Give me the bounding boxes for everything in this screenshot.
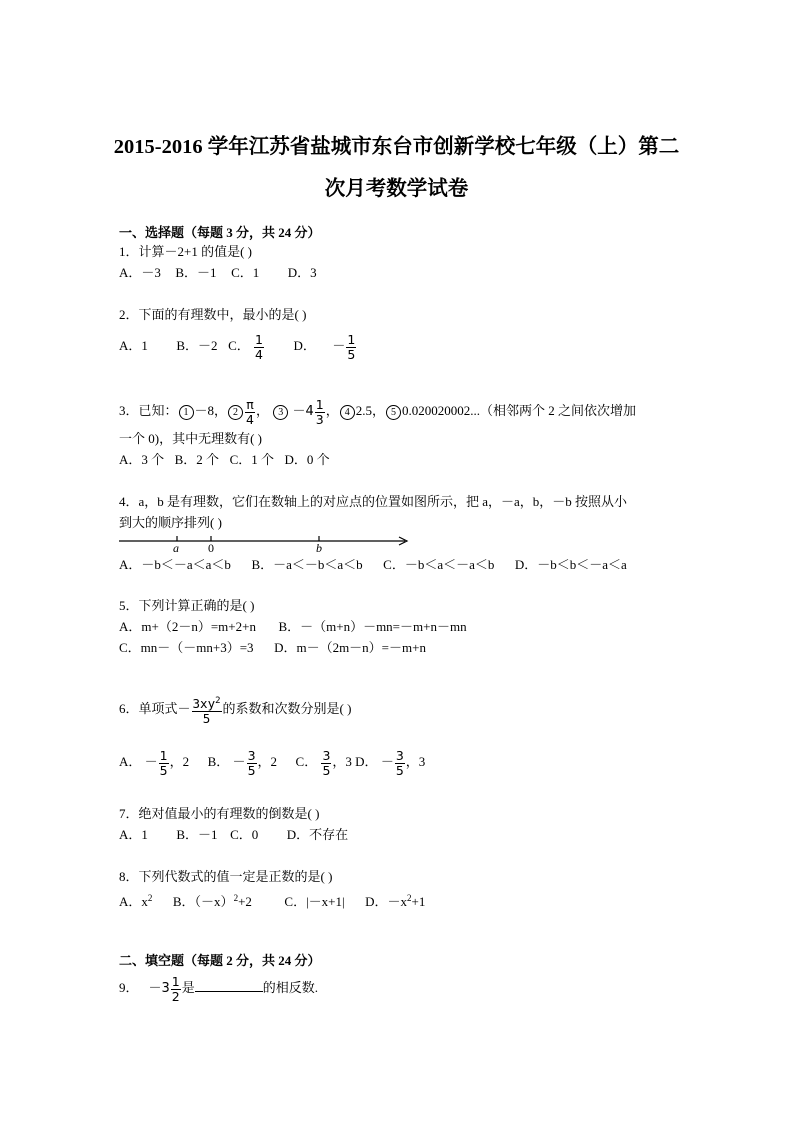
option-b: B．－2	[176, 338, 217, 353]
option-b: B．2 个	[175, 452, 219, 467]
option-a: A．3 个	[119, 452, 164, 467]
document-title-line2: 次月考数学试卷	[0, 171, 793, 201]
question-2-options: A．1 B．－2 C． 14 D． －15	[119, 330, 357, 363]
question-4-stem-line1: 4．a，b 是有理数，它们在数轴上的对应点的位置如图所示，把 a，－a，b，－b…	[119, 493, 627, 511]
option-a: A．－b＜－a＜a＜b	[119, 557, 231, 572]
number-line-label-a: a	[173, 541, 179, 556]
option-c: C．1	[231, 265, 259, 280]
option-a: A．1	[119, 827, 148, 842]
option-d: D． －35，3	[355, 754, 425, 769]
question-7-options: A．1 B．－1 C．0 D．不存在	[119, 826, 348, 844]
question-8-stem: 8．下列代数式的值一定是正数的是( )	[119, 868, 332, 886]
circled-number-icon: 1	[179, 405, 194, 420]
option-d: D．－b＜b＜－a＜a	[515, 557, 627, 572]
question-2-stem: 2．下面的有理数中，最小的是( )	[119, 306, 306, 324]
question-8-options: A．x2 B．（－x）2+2 C．|－x+1| D．－x2+1	[119, 889, 425, 911]
question-4-stem-line2: 到大的顺序排列( )	[119, 514, 222, 532]
fraction: 15	[346, 333, 356, 362]
monomial-fraction: 3xy25	[192, 694, 222, 726]
question-1-stem: 1．计算－2+1 的值是( )	[119, 243, 252, 261]
option-b: B．－1	[175, 265, 216, 280]
option-c: C．|－x+1|	[284, 894, 344, 909]
option-c: C． 35，3	[296, 754, 352, 769]
option-d: D．m－（2m－n）=－m+n	[274, 640, 426, 655]
question-6-options: A． －15，2 B． －35，2 C． 35，3 D． －35，3	[119, 744, 425, 780]
section-heading-choice: 一、选择题（每题 3 分，共 24 分）	[119, 222, 321, 241]
number-line-diagram	[119, 533, 419, 555]
number-line-label-b: b	[316, 541, 322, 556]
circled-number-icon: 5	[386, 405, 401, 420]
option-a: A． －15，2	[119, 754, 189, 769]
question-1-options: A．－3 B．－1 C．1 D．3	[119, 264, 317, 282]
option-a: A．m+（2－n）=m+2+n	[119, 619, 256, 634]
option-a: A．1	[119, 338, 148, 353]
circled-number-icon: 4	[340, 405, 355, 420]
option-d: D．3	[288, 265, 317, 280]
fraction: 12	[171, 975, 181, 1004]
option-b: B．－a＜－b＜a＜b	[251, 557, 362, 572]
question-5-options-row2: C．mn－（－mn+3）=3 D．m－（2m－n）=－m+n	[119, 639, 426, 657]
fraction: 14	[254, 333, 264, 362]
option-a: A．－3	[119, 265, 161, 280]
number-line-label-zero: 0	[208, 541, 214, 556]
fraction: π4	[245, 398, 255, 427]
option-b: B．－（m+n）－mn=－m+n－mn	[278, 619, 466, 634]
option-c: C．1 个	[230, 452, 274, 467]
option-d: D．不存在	[287, 827, 348, 842]
answer-blank[interactable]	[195, 977, 263, 992]
option-c: C．－b＜a＜－a＜b	[383, 557, 494, 572]
question-7-stem: 7．绝对值最小的有理数的倒数是( )	[119, 805, 319, 823]
option-d: D．－x2+1	[365, 894, 425, 909]
question-5-stem: 5．下列计算正确的是( )	[119, 597, 254, 615]
option-b: B． －35，2	[208, 754, 277, 769]
option-c-label: C．	[228, 338, 250, 353]
circled-number-icon: 3	[273, 405, 288, 420]
document-title-line1: 2015-2016 学年江苏省盐城市东台市创新学校七年级（上）第二	[0, 129, 793, 159]
section-heading-fill-blank: 二、填空题（每题 2 分，共 24 分）	[119, 950, 321, 969]
option-d: D．0 个	[284, 452, 329, 467]
question-3-stem-line1: 3．已知：1－8，2π4， 3 －413，42.5，50.020020002..…	[119, 394, 636, 429]
option-a: A．x2	[119, 894, 152, 909]
option-c: C．mn－（－mn+3）=3	[119, 640, 254, 655]
question-9-stem: 9．－312是的相反数.	[119, 970, 318, 1007]
question-6-stem: 6．单项式－3xy25的系数和次数分别是( )	[119, 689, 351, 729]
circled-number-icon: 2	[228, 405, 243, 420]
question-3-options: A．3 个 B．2 个 C．1 个 D．0 个	[119, 451, 330, 469]
option-b: B．（－x）2+2	[173, 894, 252, 909]
fraction: 13	[315, 398, 325, 427]
option-d-label: D．	[293, 338, 315, 353]
option-c: C．0	[230, 827, 258, 842]
question-4-options: A．－b＜－a＜a＜b B．－a＜－b＜a＜b C．－b＜a＜－a＜b D．－b…	[119, 556, 627, 574]
option-b: B．－1	[176, 827, 217, 842]
question-3-stem-line2: 一个 0)，其中无理数有( )	[119, 430, 262, 448]
question-5-options-row1: A．m+（2－n）=m+2+n B．－（m+n）－mn=－m+n－mn	[119, 618, 467, 636]
